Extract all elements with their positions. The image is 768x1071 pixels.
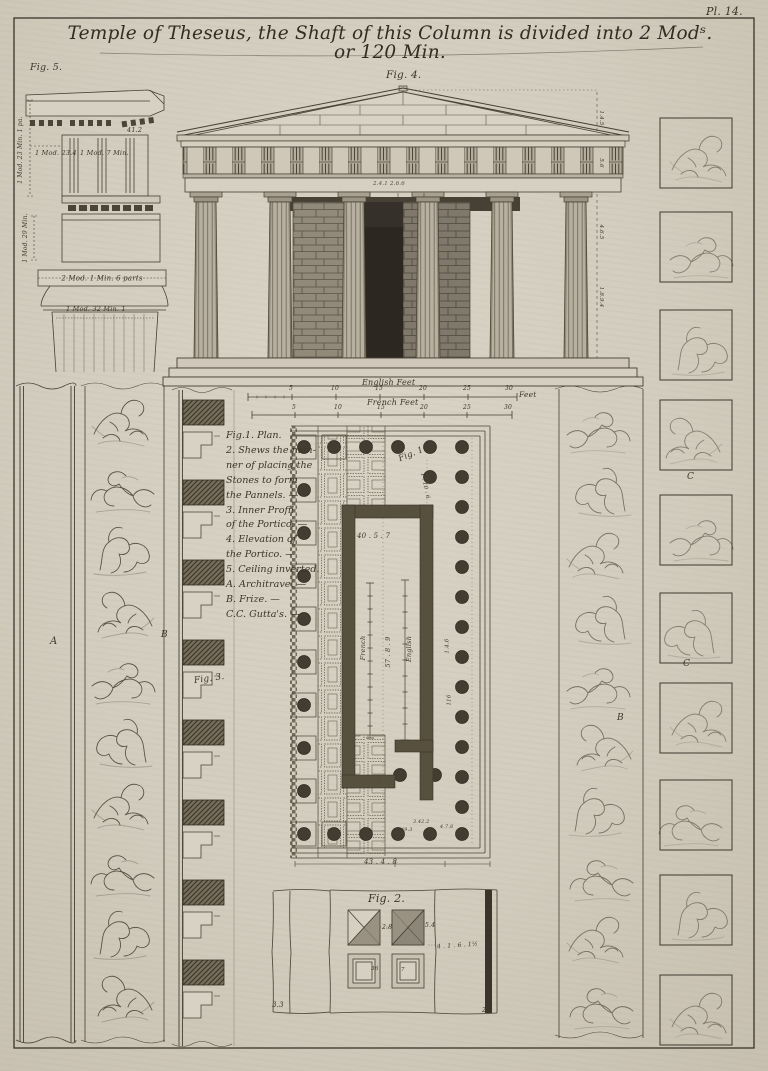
fig1-bottom-dim: 43 . 4 . 8	[364, 859, 397, 866]
fig4-dim-note: 5.6	[597, 158, 603, 167]
fig1-ruler-dim: 57 . 8 . 9	[385, 637, 392, 668]
scale-tick: 30	[505, 386, 513, 392]
margin-b-right-label: B	[617, 714, 624, 723]
scale-tick: 20	[420, 405, 428, 411]
fig2-bottom-left-dim: 3.3	[272, 1002, 284, 1009]
legend-line: the Portico. —	[226, 548, 322, 563]
scale-tick: 30	[504, 405, 512, 411]
legend: Fig.1. Plan. 2. Shews the man- ner of pl…	[226, 429, 322, 623]
fig1-english-label: English	[406, 636, 413, 662]
margin-a-label: A	[50, 637, 57, 647]
fig2-bottom-right-dim: 2.3	[482, 1008, 492, 1014]
fig5-dim-left-lower: 1 Mod. 29 Min.	[23, 213, 29, 262]
fig2-coffer-right-dim: 7	[401, 968, 405, 974]
frieze-strip-left-drawing	[81, 383, 165, 1043]
legend-line: Fig.1. Plan.	[226, 429, 322, 444]
fig1-cella-dim: 40 . 5 . 7	[357, 533, 390, 540]
fig4-dim-note: 1.4.5	[597, 111, 603, 126]
fig2-coffer-left-dim: 36	[371, 967, 378, 973]
fig4-dim-note: 4.6.5	[597, 225, 603, 240]
fig5-dim-b: 1 Mod. 7 Min.	[80, 150, 129, 157]
scale-tick: 25	[463, 405, 471, 411]
fig5-dim-abacus: 2 Mod. 1 Min. 6 parts	[61, 276, 142, 283]
fig2-panel-left-dim: 2.8	[382, 925, 392, 931]
frieze-strip-right-drawing	[555, 386, 643, 1038]
scale-tick: 15	[375, 386, 383, 392]
fig1-note-a: 3.42.2	[413, 821, 429, 826]
legend-line: 4. Elevation of	[226, 533, 322, 548]
fig1-note-b: 3.49.3	[396, 829, 412, 834]
fig4-dim-note: 1.8.9.4	[597, 287, 603, 308]
fig1-french-label: French	[360, 636, 367, 661]
fig5-label: Fig. 5.	[30, 63, 62, 73]
fig5-dim-c: 41.2	[127, 127, 142, 134]
fig2-label: Fig. 2.	[368, 893, 405, 904]
margin-c-upper-label: C	[687, 473, 694, 482]
fig2-panel-right-dim: 5.4	[425, 923, 435, 929]
scale-tick: 20	[419, 386, 427, 392]
architrave-strip-drawing	[16, 383, 76, 1043]
scale-tick: 5	[292, 405, 296, 411]
legend-line: ner of placing the	[226, 459, 322, 474]
legend-line: 2. Shews the man-	[226, 444, 322, 459]
fig2-ceiling-drawing	[272, 889, 497, 1014]
engraved-plate: Pl. 14. Temple of Theseus, the Shaft of …	[0, 0, 768, 1071]
fig1-right-dim-b: 116	[447, 694, 453, 705]
metope-squares-drawing	[659, 118, 733, 1045]
legend-line: of the Portico. —	[226, 518, 322, 533]
legend-line: B. Frize. —	[226, 593, 322, 608]
margin-b-left-label: B	[161, 631, 168, 640]
legend-line: Stones to form	[226, 474, 322, 489]
scale-english-label: English Feet	[362, 379, 415, 387]
margin-c-lower-label: C	[683, 660, 690, 669]
scale-tick: 15	[377, 405, 385, 411]
scale-french-label: French Feet	[367, 399, 418, 407]
legend-line: the Pannels. —	[226, 489, 322, 504]
scale-tick: 25	[463, 386, 471, 392]
legend-line: 5. Ceiling inverted.	[226, 563, 322, 578]
fig4-label: Fig. 4.	[386, 70, 421, 81]
plate-number: Pl. 14.	[706, 6, 743, 17]
legend-line: C.C. Gutta's. —	[226, 608, 322, 623]
plate-title: Temple of Theseus, the Shaft of this Col…	[60, 25, 720, 62]
fig1-note-c: 4.7.8	[440, 826, 453, 831]
scale-tick: 10	[331, 386, 339, 392]
legend-line: A. Architrave. —	[226, 578, 322, 593]
fig3-profile-drawing	[172, 388, 234, 1047]
legend-line: 3. Inner Profil	[226, 504, 322, 519]
fig5-dim-left-upper: 1 Mod. 23 Min. 1 pa.	[18, 116, 24, 183]
fig4-architrave-note: 2.4.1 2.6.6	[373, 182, 405, 188]
scale-tick: 5	[289, 386, 293, 392]
fig4-elevation-drawing	[163, 86, 643, 386]
scale-english-unit: Feet	[519, 391, 537, 399]
scale-tick: 10	[334, 405, 342, 411]
fig5-entablature-drawing	[26, 90, 168, 372]
fig5-dim-a: 1 Mod. 23.4	[35, 150, 77, 157]
fig5-dim-shaft: 1 Mod. 32 Min. 1	[66, 306, 126, 313]
fig1-right-dim-a: 1.4.6	[445, 639, 451, 654]
